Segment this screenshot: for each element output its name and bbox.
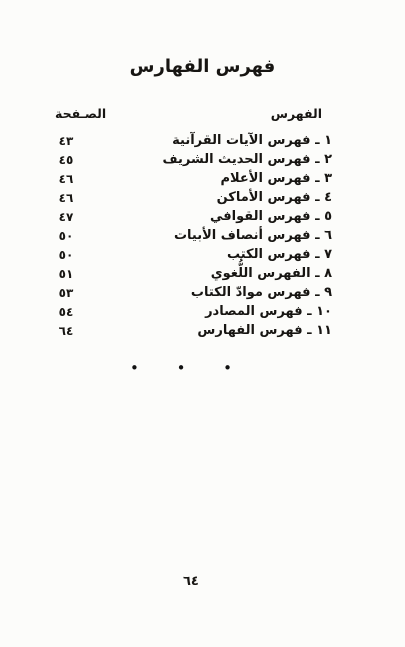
toc-entry-page: ٥٤	[55, 305, 77, 319]
toc-entry-label: ١١ ـ فهرس الفهارس	[197, 323, 332, 338]
toc-entry-label: ٣ ـ فهرس الأعلام	[221, 171, 333, 186]
toc-entry-label: ٤ ـ فهرس الأماكن	[217, 190, 332, 205]
toc-row: ٨ ـ الفهرس اللُّغوي ٥١	[55, 264, 332, 283]
toc-entry-page: ٤٦	[55, 172, 77, 186]
toc-entry-label: ٥ ـ فهرس القوافي	[210, 209, 332, 224]
toc-entry-page: ٤٦	[55, 191, 77, 205]
toc-entry-page: ٤٧	[55, 210, 77, 224]
toc-entry-page: ٥١	[55, 267, 77, 281]
page-title: فهرس الفهارس	[0, 56, 405, 77]
toc-list: ١ ـ فهرس الآيات القرآنية ٤٣ ٢ ـ فهرس الح…	[55, 131, 332, 340]
section-separator-dots: • • •	[130, 361, 232, 376]
column-headers: الفهرس الصـفحة	[55, 106, 332, 121]
footer-page-number: ٦٤	[183, 574, 199, 589]
toc-entry-page: ٥٠	[55, 248, 77, 262]
scanned-book-page: فهرس الفهارس الفهرس الصـفحة ١ ـ فهرس الآ…	[0, 0, 405, 647]
toc-row: ١ ـ فهرس الآيات القرآنية ٤٣	[55, 131, 332, 150]
toc-row: ٤ ـ فهرس الأماكن ٤٦	[55, 188, 332, 207]
toc-row: ١٠ ـ فهرس المصادر ٥٤	[55, 302, 332, 321]
separator-dot: •	[130, 361, 139, 376]
toc-entry-page: ٤٣	[55, 134, 77, 148]
toc-entry-label: ٧ ـ فهرس الكتب	[227, 247, 332, 262]
toc-entry-page: ٦٤	[55, 324, 77, 338]
separator-dot: •	[177, 361, 186, 376]
toc-entry-page: ٥٣	[55, 286, 77, 300]
toc-entry-page: ٥٠	[55, 229, 77, 243]
page-column-header: الصـفحة	[55, 106, 106, 121]
toc-entry-label: ١٠ ـ فهرس المصادر	[205, 304, 332, 319]
toc-row: ٥ ـ فهرس القوافي ٤٧	[55, 207, 332, 226]
toc-entry-label: ٨ ـ الفهرس اللُّغوي	[211, 266, 332, 281]
toc-row: ٩ ـ فهرس موادّ الكتاب ٥٣	[55, 283, 332, 302]
toc-row: ٣ ـ فهرس الأعلام ٤٦	[55, 169, 332, 188]
toc-entry-label: ٩ ـ فهرس موادّ الكتاب	[191, 285, 332, 300]
toc-entry-label: ٢ ـ فهرس الحديث الشريف	[163, 152, 332, 167]
index-column-header: الفهرس	[271, 106, 332, 121]
toc-row: ٦ ـ فهرس أنصاف الأبيات ٥٠	[55, 226, 332, 245]
toc-row: ٧ ـ فهرس الكتب ٥٠	[55, 245, 332, 264]
toc-entry-page: ٤٥	[55, 153, 77, 167]
toc-row: ٢ ـ فهرس الحديث الشريف ٤٥	[55, 150, 332, 169]
toc-entry-label: ١ ـ فهرس الآيات القرآنية	[172, 133, 332, 148]
toc-entry-label: ٦ ـ فهرس أنصاف الأبيات	[174, 228, 332, 243]
separator-dot: •	[223, 361, 232, 376]
toc-row: ١١ ـ فهرس الفهارس ٦٤	[55, 321, 332, 340]
